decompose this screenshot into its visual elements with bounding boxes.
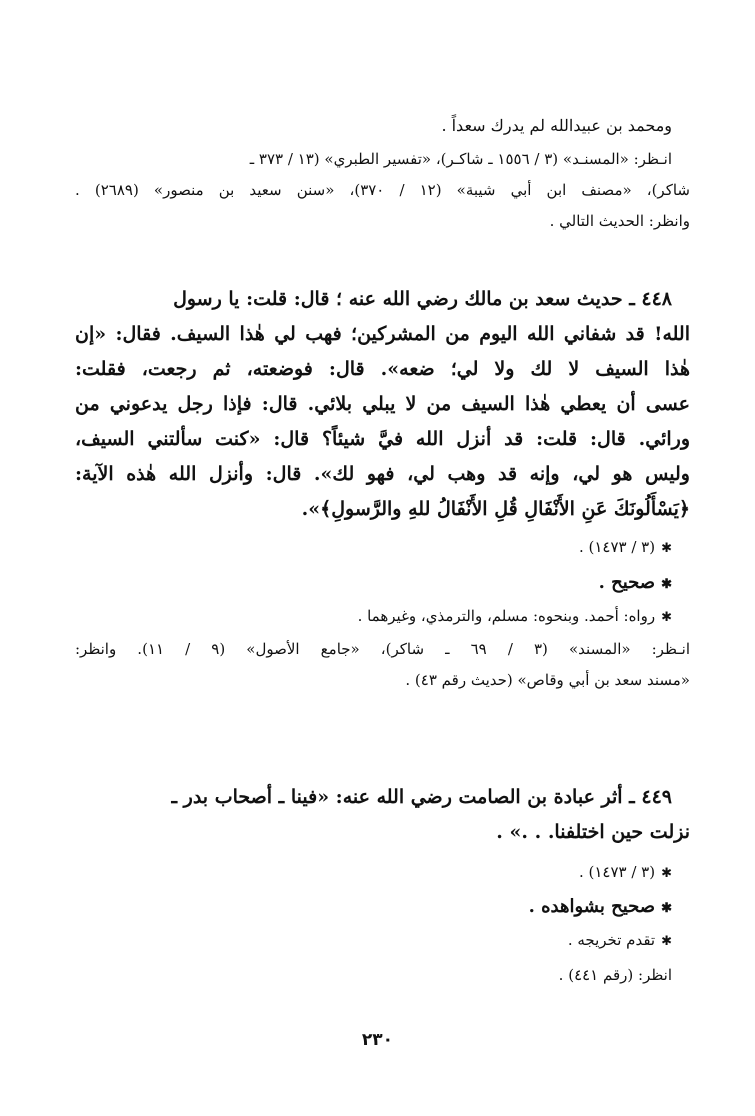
asterisk-bullet-icon: ✱ bbox=[661, 611, 672, 624]
hadith-449-note-reference: ✱(٣ / ١٤٧٣) . bbox=[579, 865, 672, 880]
hadith-448-line-5: ورائي. قال: قلت: قد أنزل الله فيَّ شيئاً… bbox=[75, 430, 690, 449]
hadith-448-line-3: هٰذا السيف لا لك ولا لي؛ ضعه». قال: فوضع… bbox=[75, 360, 690, 379]
note-text: (٣ / ١٤٧٣) . bbox=[579, 538, 655, 556]
hadith-448-note-grade: ✱صحيح . bbox=[599, 574, 672, 592]
intro-ref-line-1: انـظر: «المسنـد» (٣ / ١٥٥٦ ـ شاكـر)، «تف… bbox=[250, 152, 672, 167]
note-text: رواه: أحمد. وبنحوه: مسلم، والترمذي، وغير… bbox=[358, 607, 656, 625]
hadith-448-note-narrators: ✱رواه: أحمد. وبنحوه: مسلم، والترمذي، وغي… bbox=[358, 609, 672, 624]
hadith-449-line-1: ٤٤٩ ـ أثر عبادة بن الصامت رضي الله عنه: … bbox=[171, 788, 672, 807]
page-number: ٢٣٠ bbox=[0, 1030, 755, 1050]
asterisk-bullet-icon: ✱ bbox=[661, 902, 672, 915]
asterisk-bullet-icon: ✱ bbox=[661, 542, 672, 555]
intro-ref-line-2: شاكر)، «مصنف ابن أبي شيبة» (١٢ / ٣٧٠)، «… bbox=[75, 183, 690, 198]
note-text: صحيح . bbox=[599, 572, 656, 593]
intro-ref-line-3: وانظر: الحديث التالي . bbox=[550, 214, 690, 229]
hadith-448-line-6: وليس هو لي، وإنه قد وهب لي، فهو لك». قال… bbox=[75, 465, 690, 484]
hadith-449-note-grade: ✱صحيح بشواهده . bbox=[529, 898, 672, 916]
hadith-449-line-2: نزلت حين اختلفنا. . .» . bbox=[496, 823, 690, 842]
asterisk-bullet-icon: ✱ bbox=[661, 867, 672, 880]
hadith-448-ref-line-1: انـظر: «المسند» (٣ / ٦٩ ـ شاكر)، «جامع ا… bbox=[75, 642, 690, 657]
note-text: صحيح بشواهده . bbox=[529, 896, 656, 917]
hadith-448-note-reference: ✱(٣ / ١٤٧٣) . bbox=[579, 540, 672, 555]
hadith-448-ref-line-2: «مسند سعد بن أبي وقاص» (حديث رقم ٤٣) . bbox=[405, 673, 690, 688]
hadith-448-line-2: الله! قد شفاني الله اليوم من المشركين؛ ف… bbox=[75, 325, 690, 344]
hadith-449-ref-line-1: انظر: (رقم ٤٤١) . bbox=[559, 968, 672, 983]
asterisk-bullet-icon: ✱ bbox=[661, 578, 672, 591]
hadith-448-line-4: عسى أن يعطي هٰذا السيف من لا يبلي بلائي.… bbox=[75, 395, 690, 414]
quran-verse: ﴿يَسْأَلُونَكَ عَنِ الأَنْفَالِ قُلِ الأ… bbox=[302, 500, 690, 519]
hadith-448-line-1: ٤٤٨ ـ حديث سعد بن مالك رضي الله عنه ؛ قا… bbox=[173, 290, 672, 309]
note-text: تقدم تخريجه . bbox=[568, 931, 655, 949]
hadith-449-note-previous: ✱تقدم تخريجه . bbox=[568, 933, 672, 948]
asterisk-bullet-icon: ✱ bbox=[661, 935, 672, 948]
intro-note: ومحمد بن عبيدالله لم يدرك سعداً . bbox=[441, 118, 672, 134]
note-text: (٣ / ١٤٧٣) . bbox=[579, 863, 655, 881]
